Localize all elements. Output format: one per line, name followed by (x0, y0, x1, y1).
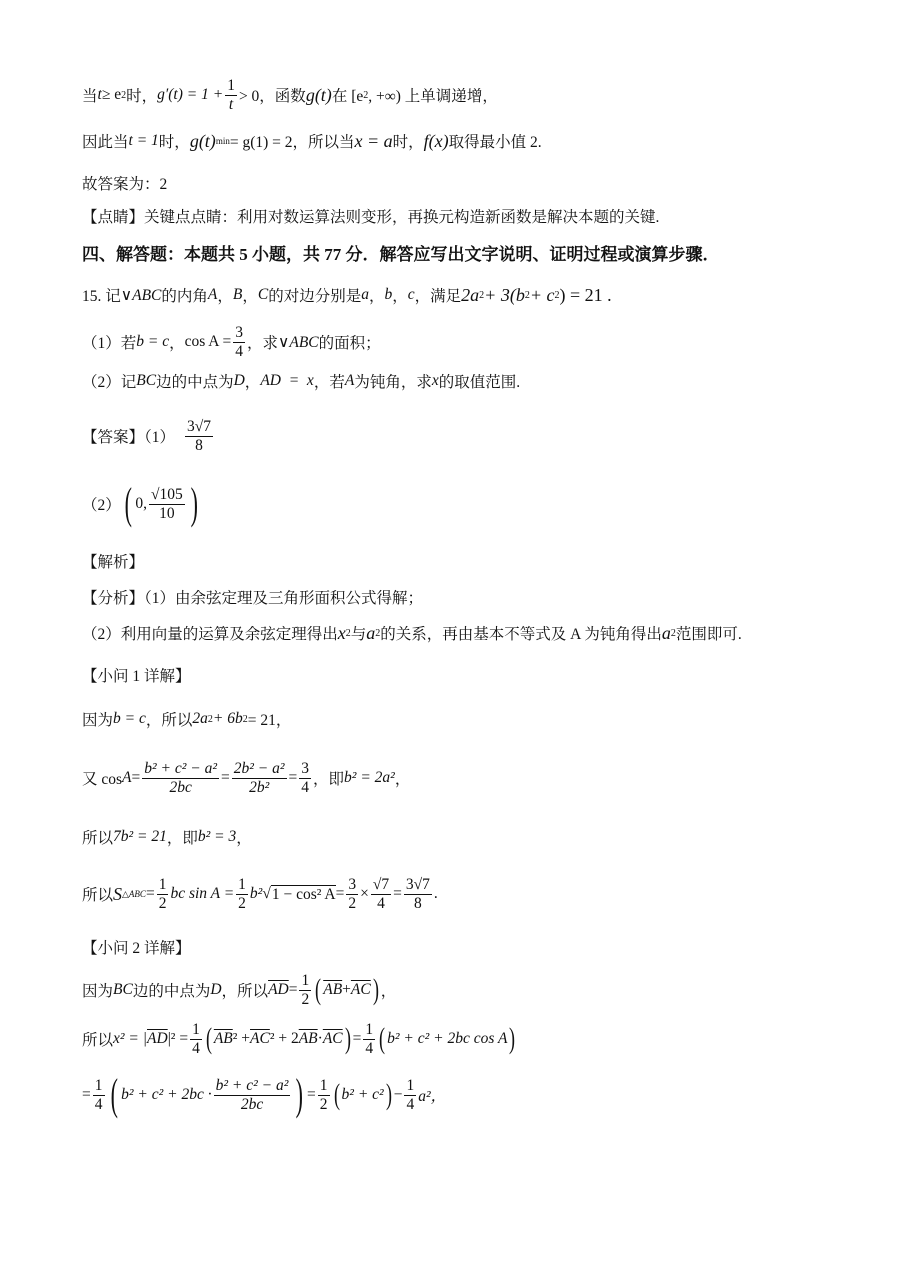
text: （1）若 (82, 331, 136, 353)
text: . (434, 885, 438, 903)
fraction: b² + c² − a²2bc (214, 1077, 291, 1114)
numerator: 3 (346, 876, 358, 895)
text: 时， (393, 130, 424, 152)
key-point-note: 【点睛】关键点点睛：利用对数运算法则变形，再换元构造新函数是解决本题的关键. (82, 205, 659, 227)
denominator: 4 (404, 1096, 416, 1114)
text: = (221, 769, 230, 787)
vector-AB: AB (214, 1030, 233, 1048)
denominator: 2 (236, 895, 248, 913)
text: ， (395, 767, 411, 789)
text: ，求 (247, 331, 278, 353)
numerator: 1 (363, 1021, 375, 1040)
func-f: f(x) (424, 131, 449, 152)
numerator: 1 (236, 876, 248, 895)
text: × (360, 885, 369, 903)
text: 因为 (82, 708, 113, 730)
fraction: 32 (346, 876, 358, 913)
expr: + c (530, 285, 555, 306)
vector-AB: AB (323, 981, 342, 999)
fraction: 3√78 (404, 876, 432, 913)
text: 所以 (82, 883, 113, 905)
expr: b = c (113, 710, 146, 728)
solution-1-line-2: 又 cos A = b² + c² − a²2bc = 2b² − a²2b² … (82, 756, 410, 800)
text: ² + 2 (270, 1030, 299, 1048)
text: 又 cos (82, 767, 122, 789)
text: 【小问 2 详解】 (82, 936, 191, 958)
text: 15. 记 (82, 284, 121, 306)
denominator: 2 (299, 991, 311, 1009)
denominator: 4 (190, 1040, 202, 1058)
right-paren: ) (190, 482, 197, 526)
denominator: 4 (93, 1096, 105, 1114)
fraction: 2b² − a²2b² (232, 760, 287, 797)
solution-2-line-1: 因为 BC 边的中点为 D ，所以 AD = 12 (AB + AC) ， (82, 970, 396, 1010)
text: 边的中点为 (156, 370, 234, 392)
denominator: t (227, 96, 235, 114)
expr: b² = 2a² (344, 769, 395, 787)
numerator: 1 (318, 1077, 330, 1096)
vector-AC: AC (323, 1030, 343, 1048)
denominator: 2 (157, 895, 169, 913)
fraction: b² + c² − a²2bc (142, 760, 219, 797)
denominator: 4 (299, 779, 311, 797)
text: 【小问 1 详解】 (82, 664, 191, 686)
var: b (385, 286, 393, 304)
answer-part-2: （2） ( 0, √10510 ) (82, 478, 201, 530)
fraction: 3√78 (185, 418, 213, 455)
denominator: 8 (412, 895, 424, 913)
denominator: 4 (375, 895, 387, 913)
text: 【解析】 (82, 550, 144, 572)
text: ² + (233, 1030, 250, 1048)
expr: AD = x (260, 372, 314, 390)
var: A (122, 769, 131, 787)
text: 当 (82, 84, 98, 106)
vector-AB: AB (299, 1030, 318, 1048)
func-g: g(t) (306, 85, 332, 106)
var: a (366, 623, 375, 644)
text: （2）记 (82, 370, 136, 392)
var: BC (113, 981, 133, 999)
text: 的对边分别是 (268, 284, 361, 306)
text: ， (381, 979, 397, 1001)
solution-2-line-2: 所以 x² = |AD|² = 14 (AB² + AC² + 2AB · AC… (82, 1018, 517, 1060)
heading-text: 四、解答题：本题共 5 小题，共 77 分．解答应写出文字说明、证明过程或演算步… (82, 240, 720, 265)
fraction: 14 (190, 1021, 202, 1058)
denominator: 4 (363, 1040, 375, 1058)
answer-label: 【答案】（1） (82, 425, 175, 447)
fraction: 12 (236, 876, 248, 913)
numerator: 1 (404, 1077, 416, 1096)
text: = g(1) = 2，所以当 (230, 130, 355, 152)
text: 故答案为：2 (82, 172, 167, 194)
text: ， (245, 370, 261, 392)
text: ， (369, 284, 385, 306)
fraction: √74 (371, 876, 391, 913)
var: x (432, 372, 439, 390)
denominator: 8 (193, 437, 205, 455)
text: 的取值范围. (439, 370, 520, 392)
text: 所以 (82, 1028, 113, 1050)
fraction: 12 (299, 972, 311, 1009)
var: x (338, 623, 346, 644)
text: 的内角 (161, 284, 208, 306)
numerator: 3√7 (185, 418, 213, 437)
text: = (393, 885, 402, 903)
text: 时， (126, 84, 157, 106)
text: = (289, 981, 298, 999)
text: ， (169, 331, 185, 353)
expr: b = c (136, 333, 169, 351)
numerator: 1 (157, 876, 169, 895)
section-heading: 四、解答题：本题共 5 小题，共 77 分．解答应写出文字说明、证明过程或演算步… (82, 240, 720, 265)
vector-AC: AC (250, 1030, 270, 1048)
expr: b² = 3 (198, 828, 236, 846)
text: 的面积； (319, 331, 381, 353)
text: 在 [e (332, 84, 363, 106)
text: ，若 (314, 370, 345, 392)
text: ，满足 (415, 284, 462, 306)
denominator: 2bc (239, 1096, 265, 1114)
text: ，所以 (146, 708, 193, 730)
expr: x² = | (113, 1030, 147, 1048)
denominator: 2 (346, 895, 358, 913)
expr: b² (250, 885, 262, 903)
expr: 0, (135, 495, 147, 513)
text-line-monotonic: 当 t ≥ e2 时， g′(t) = 1 + 1t > 0，函数 g(t) 在… (82, 80, 498, 110)
solution-1-line-3: 所以 7b² = 21 ，即 b² = 3 ， (82, 826, 252, 848)
numerator: b² + c² − a² (214, 1077, 291, 1096)
radicand: 1 − cos² A (271, 885, 336, 904)
text: ， (392, 284, 408, 306)
numerator: 3√7 (404, 876, 432, 895)
expr: 7b² = 21 (113, 828, 167, 846)
text: = (132, 769, 141, 787)
subscript: min (216, 136, 230, 146)
question-15-part-2: （2）记 BC 边的中点为 D ， AD = x ，若 A 为钝角，求 x 的取… (82, 370, 520, 392)
analysis-part-1: 【分析】（1）由余弦定理及三角形面积公式得解； (82, 586, 423, 608)
analysis-label: 【解析】 (82, 550, 144, 572)
fraction: 12 (157, 876, 169, 913)
triangle-symbol: ∨ABC (121, 286, 162, 305)
fraction: 12 (318, 1077, 330, 1114)
text: , +∞) 上单调递增， (368, 84, 498, 106)
text: 因为 (82, 979, 113, 1001)
text: 【点睛】关键点点睛：利用对数运算法则变形，再换元构造新函数是解决本题的关键. (82, 205, 659, 227)
fraction: 14 (404, 1077, 416, 1114)
solution-1-line-4: 所以 S△ABC = 12 bc sin A = 12 b² √1 − cos²… (82, 872, 438, 916)
text: ，即 (167, 826, 198, 848)
text: = (307, 1086, 316, 1104)
answer-statement: 故答案为：2 (82, 172, 167, 194)
var: a (361, 286, 369, 304)
answer-label: （2） (82, 493, 121, 515)
expr: bc sin A = (170, 885, 234, 903)
numerator: 3 (233, 324, 245, 343)
numerator: √7 (371, 876, 391, 895)
denominator: 2 (318, 1096, 330, 1114)
text: = (146, 885, 155, 903)
fraction: 14 (93, 1077, 105, 1114)
solution-2-line-3: = 14 (b² + c² + 2bc · b² + c² − a²2bc) =… (82, 1070, 446, 1120)
numerator: 1 (225, 77, 237, 96)
text: 【分析】（1）由余弦定理及三角形面积公式得解； (82, 586, 423, 608)
fraction: 1t (225, 77, 237, 114)
text: ≥ e (102, 86, 121, 104)
var: B (233, 286, 242, 304)
denominator: 4 (233, 343, 245, 361)
denominator: 2bc (167, 779, 193, 797)
denominator: 2b² (247, 779, 271, 797)
text: 为钝角，求 (354, 370, 432, 392)
expr: a²， (418, 1084, 446, 1106)
text: = (82, 1086, 91, 1104)
triangle-symbol: ∨ABC (278, 333, 319, 352)
fraction: √10510 (149, 486, 185, 523)
subscript: △ABC (122, 889, 146, 900)
var: A (345, 372, 354, 390)
text: 所以 (82, 826, 113, 848)
expr: t = 1 (129, 132, 159, 150)
var: D (234, 372, 245, 390)
text: 时， (159, 130, 190, 152)
text: − (394, 1086, 403, 1104)
text: > 0，函数 (239, 84, 306, 106)
text: ， (217, 284, 233, 306)
text: 因此当 (82, 130, 129, 152)
text: = (336, 885, 345, 903)
question-15-part-1: （1）若 b = c ， cos A = 34 ，求 ∨ABC 的面积； (82, 322, 381, 362)
text: ，所以 (222, 979, 269, 1001)
text: + (342, 981, 351, 999)
var: BC (136, 372, 156, 390)
expr: b² + c² + 2bc cos A (387, 1030, 507, 1048)
text: 取得最小值 2. (449, 130, 542, 152)
numerator: b² + c² − a² (142, 760, 219, 779)
numerator: 1 (93, 1077, 105, 1096)
vector-AD: AD (268, 981, 289, 999)
numerator: 2b² − a² (232, 760, 287, 779)
expr: 2a (192, 710, 208, 728)
var: a (662, 623, 671, 644)
text: ， (236, 826, 252, 848)
solution-1-line-1: 因为 b = c ，所以 2a2 + 6b2 = 21， (82, 708, 291, 730)
fraction: 34 (299, 760, 311, 797)
text-line-minimum: 因此当 t = 1 时， g(t)min = g(1) = 2，所以当 x = … (82, 128, 542, 154)
expr: ) = 21 . (559, 285, 611, 306)
text: = (289, 769, 298, 787)
text: 范围即可. (676, 622, 742, 644)
text: 边的中点为 (133, 979, 211, 1001)
numerator: √105 (149, 486, 185, 505)
text: = (353, 1030, 362, 1048)
var: S (113, 884, 122, 905)
text: = 21， (248, 708, 292, 730)
expr: x = a (355, 131, 393, 152)
text: ， (242, 284, 258, 306)
answer-part-1: 【答案】（1） 3√78 (82, 414, 215, 458)
fraction: 14 (363, 1021, 375, 1058)
sub-question-2-title: 【小问 2 详解】 (82, 936, 191, 958)
sub-question-1-title: 【小问 1 详解】 (82, 664, 191, 686)
func-g: g(t) (190, 131, 216, 152)
var: A (208, 286, 217, 304)
analysis-part-2: （2）利用向量的运算及余弦定理得出 x2 与 a2 的关系，再由基本不等式及 A… (82, 622, 742, 644)
text: 的关系，再由基本不等式及 A 为钝角得出 (380, 622, 662, 644)
expr: b² + c² + 2bc · (121, 1086, 211, 1104)
left-paren: ( (124, 482, 131, 526)
vector-AC: AC (351, 981, 371, 999)
fraction: 34 (233, 324, 245, 361)
question-15-stem: 15. 记 ∨ABC 的内角 A， B， C 的对边分别是 a， b， c，满足… (82, 282, 612, 308)
expr: + 3(b (484, 285, 525, 306)
expr: + 6b (213, 710, 243, 728)
denominator: 10 (157, 505, 177, 523)
expr: 2a (461, 285, 479, 306)
text: ，即 (313, 767, 344, 789)
numerator: 3 (299, 760, 311, 779)
text: |² = (168, 1030, 188, 1048)
numerator: 1 (190, 1021, 202, 1040)
text: （2）利用向量的运算及余弦定理得出 (82, 622, 338, 644)
var: C (258, 286, 268, 304)
derivative-expr: g′(t) = 1 + (157, 86, 223, 104)
expr: b² + c² (342, 1086, 384, 1104)
numerator: 1 (299, 972, 311, 991)
var: D (210, 981, 221, 999)
expr: cos A = (185, 333, 232, 351)
vector-AD: AD (147, 1030, 168, 1048)
var: c (408, 286, 415, 304)
text: 与 (351, 622, 367, 644)
